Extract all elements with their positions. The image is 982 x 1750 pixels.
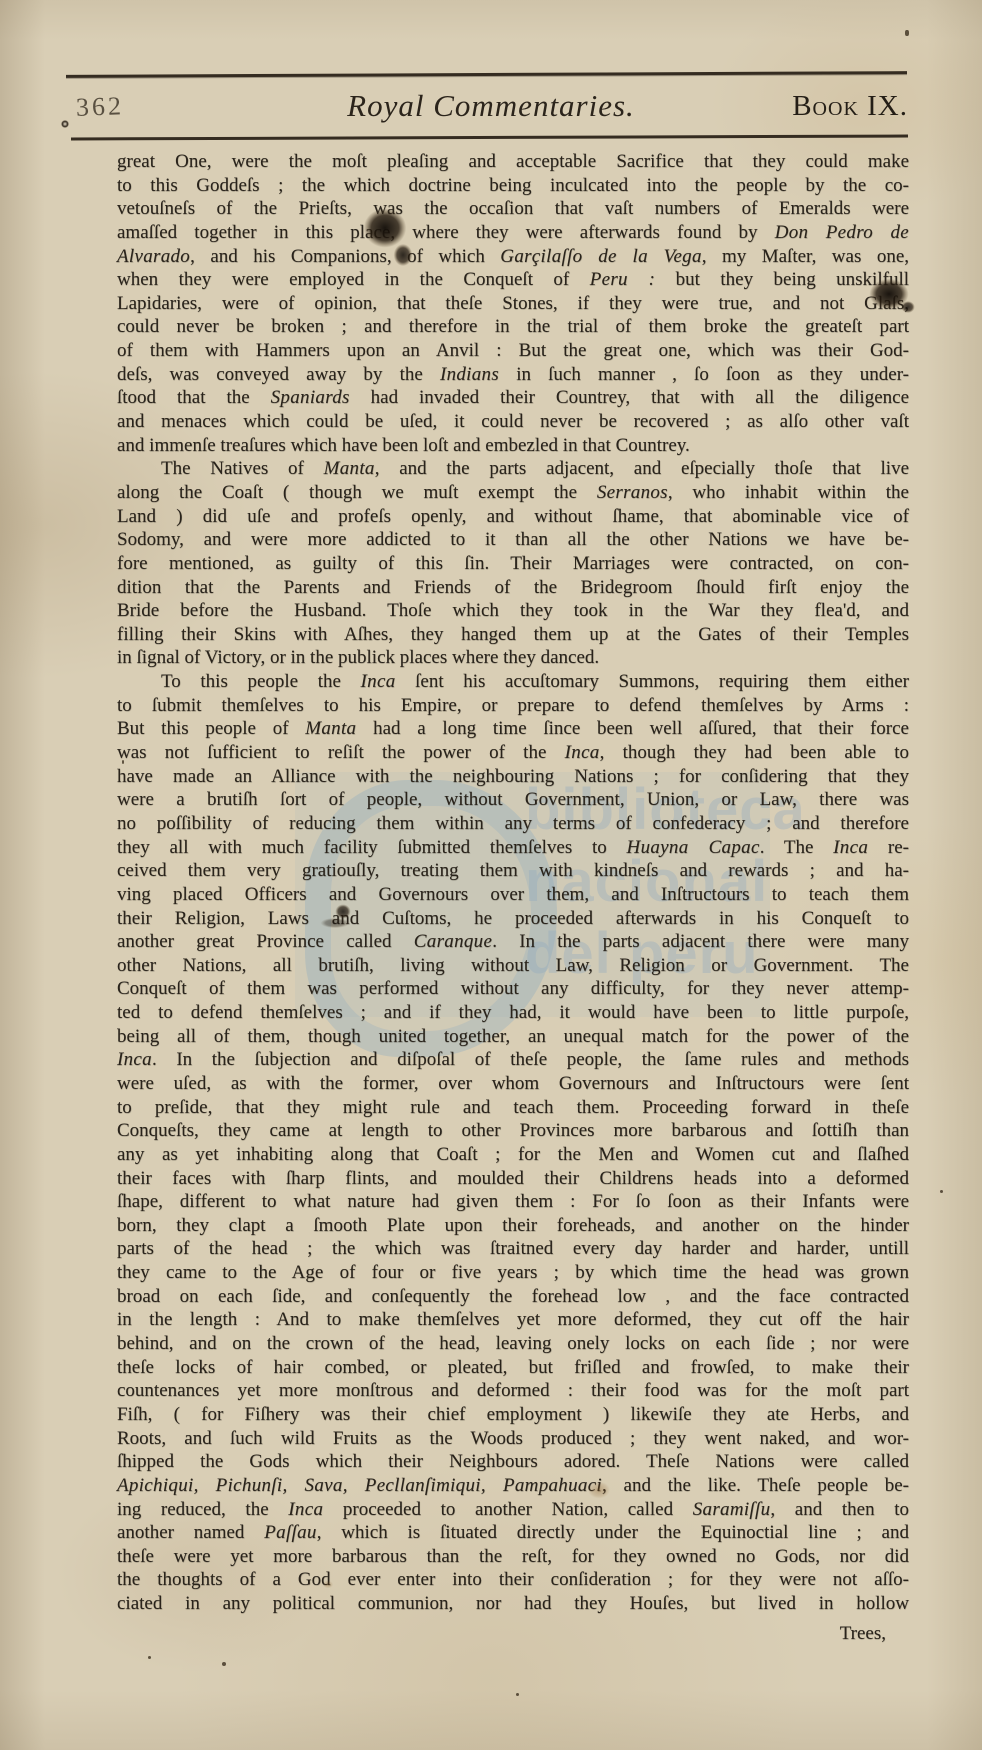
paper-speck: [148, 1656, 151, 1659]
text-line: ceived them very gratiouſly, treating th…: [117, 859, 909, 883]
text-line: Sodomy, and were more addicted to it tha…: [117, 528, 909, 552]
text-line: Land ) did uſe and profeſs openly, and w…: [117, 505, 909, 529]
text-line: Alvarado, and his Companions, of which G…: [117, 245, 909, 269]
text-line: The Natives of Manta, and the parts adja…: [117, 457, 909, 481]
text-line: to preſide, that they might rule and tea…: [117, 1096, 909, 1120]
text-line: other Nations, all brutiſh, living witho…: [117, 954, 909, 978]
text-line: countenances yet more monſtrous and defo…: [117, 1379, 909, 1403]
text-line: when they were employed in the Conqueſt …: [117, 268, 909, 292]
text-line: and immenſe treaſures which have been lo…: [117, 434, 909, 458]
text-line: filling their Skins with Aſhes, they han…: [117, 623, 909, 647]
ink-blot: [318, 917, 352, 929]
foxing-stain: [586, 1480, 612, 1500]
text-line: and menaces which could be uſed, it coul…: [117, 410, 909, 434]
text-line: amaſſed together in this place, where th…: [117, 221, 909, 245]
text-line: deſs, was conveyed away by the Indians i…: [117, 363, 909, 387]
text-block: great One, were the moſt pleaſing and ac…: [117, 150, 909, 1616]
text-line: Lapidaries, were of opinion, that theſe …: [117, 292, 909, 316]
text-line: broad on each ſide, and conſequently the…: [117, 1285, 909, 1309]
text-line: of them with Hammers upon an Anvil : But…: [117, 339, 909, 363]
text-line: Inca. In the ſubjection and diſpoſal of …: [117, 1048, 909, 1072]
catchword: Trees,: [840, 1622, 886, 1646]
text-line: to this Goddeſs ; the which doctrine bei…: [117, 174, 909, 198]
text-line: their faces with ſharp flints, and mould…: [117, 1167, 909, 1191]
foxing-stain: [322, 1580, 334, 1589]
scanned-book-page: { "header": { "page_number": "362", "run…: [0, 0, 982, 1750]
text-line: Bride before the Husband. Thoſe which th…: [117, 599, 909, 623]
text-line: in the length : And to make themſelves y…: [117, 1308, 909, 1332]
text-line: ſhape, different to what nature had give…: [117, 1190, 909, 1214]
text-line: Fiſh, ( for Fiſhery was their chief empl…: [117, 1403, 909, 1427]
paper-speck: [516, 1693, 519, 1696]
book-label: Book IX.: [792, 90, 908, 123]
text-line: Roots, and ſuch wild Fruits as the Woods…: [117, 1427, 909, 1451]
text-line: born, they clapt a ſmooth Plate upon the…: [117, 1214, 909, 1238]
text-line: ſhipped the Gods which their Neighbours …: [117, 1450, 909, 1474]
text-line: ciated in any political communion, nor h…: [117, 1592, 909, 1616]
paper-speck: [940, 1190, 943, 1193]
text-line: ſtood that the Spaniards had invaded the…: [117, 386, 909, 410]
text-line: the thoughts of a God ever enter into th…: [117, 1568, 909, 1592]
text-line: were a brutiſh ſort of people, without G…: [117, 788, 909, 812]
paper-speck: [122, 760, 124, 764]
text-line: another great Province called Caranque. …: [117, 930, 909, 954]
text-line: being all of them, though united togethe…: [117, 1025, 909, 1049]
text-line: vetouſneſs of the Prieſts, was the occaſ…: [117, 197, 909, 221]
text-line: Conqueſts, they came at length to other …: [117, 1119, 909, 1143]
text-line: along the Coaſt ( though we muſt exempt …: [117, 481, 909, 505]
paragraph: The Natives of Manta, and the parts adja…: [117, 457, 909, 670]
paragraph: great One, were the moſt pleaſing and ac…: [117, 150, 909, 457]
text-line: could never be broken ; and therefore in…: [117, 315, 909, 339]
text-line: But this people of Manta had a long time…: [117, 717, 909, 741]
text-line: was not ſufficient to reſiſt the power o…: [117, 741, 909, 765]
text-line: to ſubmit themſelves to his Empire, or p…: [117, 694, 909, 718]
ink-dot: [60, 119, 70, 129]
text-line: any as yet inhabiting along that Coaſt ;…: [117, 1143, 909, 1167]
text-line: fore mentioned, as guilty of this ſin. T…: [117, 552, 909, 576]
text-line: Conqueſt of them was performed without a…: [117, 977, 909, 1001]
text-line: great One, were the moſt pleaſing and ac…: [117, 150, 909, 174]
text-line: no poſſibility of reducing them within a…: [117, 812, 909, 836]
text-line: another named Paſſau, which is ſituated …: [117, 1521, 909, 1545]
text-line: Apichiqui, Pichunſi, Sava, Pecllanſimiqu…: [117, 1474, 909, 1498]
text-line: ing reduced, the Inca proceeded to anoth…: [117, 1498, 909, 1522]
text-line: they all with much facility ſubmitted th…: [117, 836, 909, 860]
paper-speck: [222, 1662, 226, 1666]
text-line: theſe were yet more barbarous than the r…: [117, 1545, 909, 1569]
text-line: To this people the Inca ſent his accuſto…: [117, 670, 909, 694]
paper-speck: [905, 30, 909, 36]
paragraph: To this people the Inca ſent his accuſto…: [117, 670, 909, 1616]
text-line: theſe locks of hair combed, or pleated, …: [117, 1356, 909, 1380]
text-line: ving placed Officers and Governours over…: [117, 883, 909, 907]
text-line: parts of the head ; the which was ſtrait…: [117, 1237, 909, 1261]
text-line: ted to defend themſelves ; and if they h…: [117, 1001, 909, 1025]
text-line: behind, and on the crown of the head, le…: [117, 1332, 909, 1356]
text-line: they came to the Age of four or five yea…: [117, 1261, 909, 1285]
text-line: their Religion, Laws and Cuſtoms, he pro…: [117, 907, 909, 931]
text-line: in ſignal of Victory, or in the publick …: [117, 646, 909, 670]
text-line: were uſed, as with the former, over whom…: [117, 1072, 909, 1096]
text-line: dition that the Parents and Friends of t…: [117, 576, 909, 600]
ink-blot: [900, 300, 916, 314]
text-line: have made an Alliance with the neighbour…: [117, 765, 909, 789]
